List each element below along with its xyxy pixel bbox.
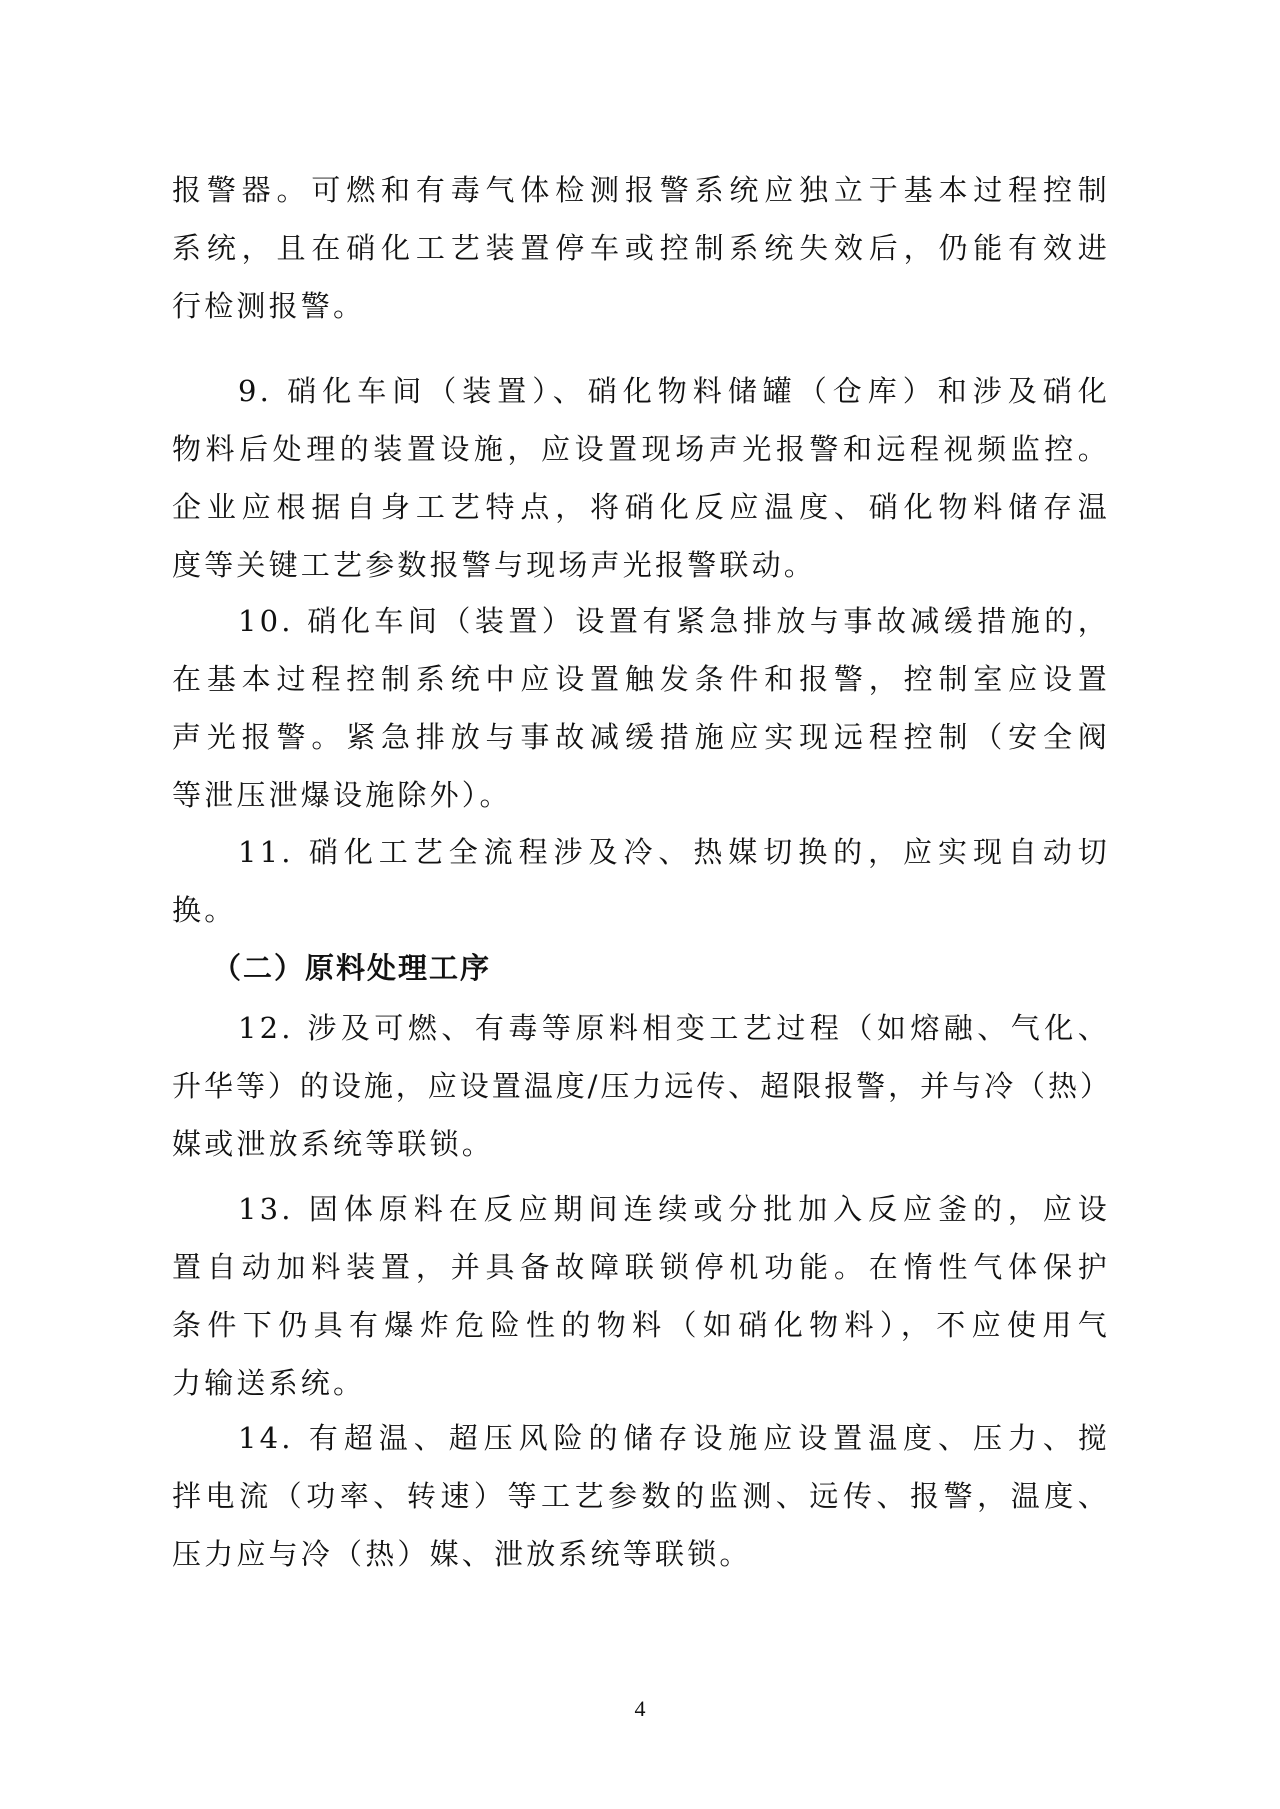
item-12-line: 升华等）的设施，应设置温度/压力远传、超限报警，并与冷（热） xyxy=(172,1066,1110,1106)
item-13-line: 力输送系统。 xyxy=(172,1363,1110,1403)
item-9-line: 企业应根据自身工艺特点，将硝化反应温度、硝化物料储存温 xyxy=(172,487,1110,527)
item-9-line: 物料后处理的装置设施，应设置现场声光报警和远程视频监控。 xyxy=(172,429,1110,469)
item-14-line: 压力应与冷（热）媒、泄放系统等联锁。 xyxy=(172,1534,1110,1574)
item-13-line: 条件下仍具有爆炸危险性的物料（如硝化物料），不应使用气 xyxy=(172,1305,1110,1345)
section-heading: （二）原料处理工序 xyxy=(212,948,491,988)
document-page: 报警器。可燃和有毒气体检测报警系统应独立于基本过程控制 系统，且在硝化工艺装置停… xyxy=(0,0,1280,1809)
item-13-line: 13. 固体原料在反应期间连续或分批加入反应釜的，应设 xyxy=(238,1189,1110,1229)
paragraph-line: 报警器。可燃和有毒气体检测报警系统应独立于基本过程控制 xyxy=(172,170,1110,210)
paragraph-line: 系统，且在硝化工艺装置停车或控制系统失效后，仍能有效进 xyxy=(172,228,1110,268)
item-14-line: 14. 有超温、超压风险的储存设施应设置温度、压力、搅 xyxy=(238,1418,1110,1458)
item-14-line: 拌电流（功率、转速）等工艺参数的监测、远传、报警，温度、 xyxy=(172,1476,1110,1516)
item-11-line: 换。 xyxy=(172,890,1110,930)
page-number: 4 xyxy=(0,1694,1280,1724)
item-13-line: 置自动加料装置，并具备故障联锁停机功能。在惰性气体保护 xyxy=(172,1247,1110,1287)
paragraph-line: 行检测报警。 xyxy=(172,286,1110,326)
item-12-line: 12. 涉及可燃、有毒等原料相变工艺过程（如熔融、气化、 xyxy=(238,1008,1110,1048)
item-10-line: 等泄压泄爆设施除外）。 xyxy=(172,775,1110,815)
item-9-line: 度等关键工艺参数报警与现场声光报警联动。 xyxy=(172,545,1110,585)
item-10-line: 10. 硝化车间（装置）设置有紧急排放与事故减缓措施的， xyxy=(238,601,1110,641)
item-9-line: 9. 硝化车间（装置）、硝化物料储罐（仓库）和涉及硝化 xyxy=(238,371,1110,411)
item-10-line: 声光报警。紧急排放与事故减缓措施应实现远程控制（安全阀 xyxy=(172,717,1110,757)
item-12-line: 媒或泄放系统等联锁。 xyxy=(172,1124,1110,1164)
item-11-line: 11. 硝化工艺全流程涉及冷、热媒切换的，应实现自动切 xyxy=(238,832,1110,872)
item-10-line: 在基本过程控制系统中应设置触发条件和报警，控制室应设置 xyxy=(172,659,1110,699)
